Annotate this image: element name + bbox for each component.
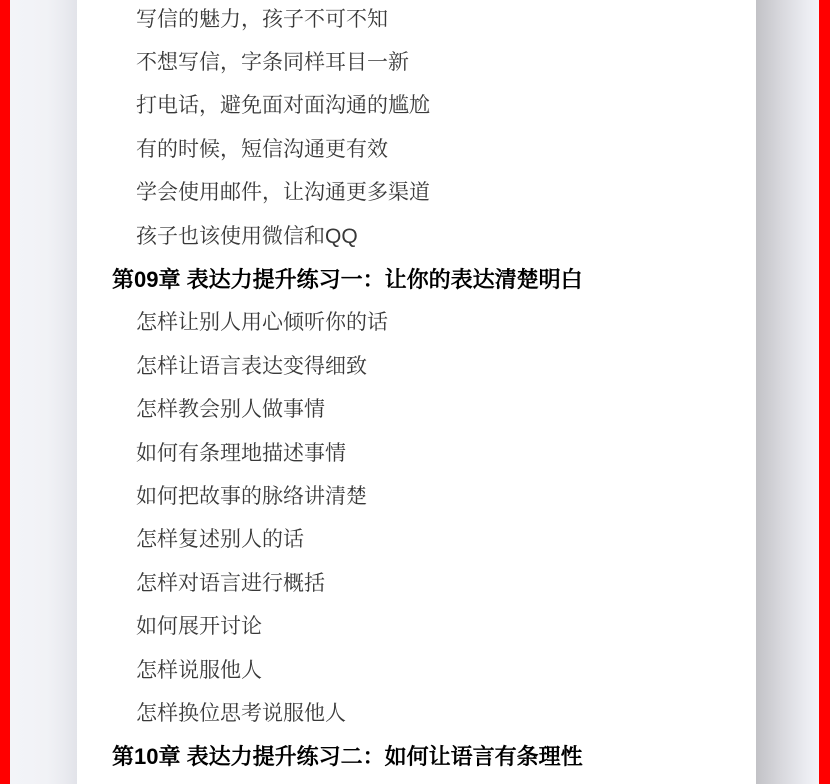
book-toc-page: 写信的魅力，孩子不可不知 不想写信，字条同样耳目一新 打电话，避免面对面沟通的尴… xyxy=(0,0,830,784)
right-page-shadow xyxy=(756,0,819,784)
toc-item: 如何展开讨论 xyxy=(0,603,756,646)
toc-item: 怎样让别人用心倾听你的话 xyxy=(0,300,756,343)
toc-item: 打电话，避免面对面沟通的尴尬 xyxy=(0,83,756,126)
toc-chapter-heading: 第09章 表达力提升练习一：让你的表达清楚明白 xyxy=(0,256,756,299)
toc-item: 怎样教会别人做事情 xyxy=(0,387,756,430)
right-red-border xyxy=(819,0,830,784)
toc-item: 有的时候，短信沟通更有效 xyxy=(0,126,756,169)
toc-item: 学会使用邮件，让沟通更多渠道 xyxy=(0,170,756,213)
toc-item: 怎样换位思考说服他人 xyxy=(0,690,756,733)
toc-item: 怎样复述别人的话 xyxy=(0,517,756,560)
toc-item: 写信的魅力，孩子不可不知 xyxy=(0,0,756,39)
toc-chapter-heading: 第10章 表达力提升练习二：如何让语言有条理性 xyxy=(0,734,756,777)
toc-item: 如何有条理地描述事情 xyxy=(0,430,756,473)
toc-item: 怎样说服他人 xyxy=(0,647,756,690)
table-of-contents: 写信的魅力，孩子不可不知 不想写信，字条同样耳目一新 打电话，避免面对面沟通的尴… xyxy=(0,0,756,777)
toc-item: 怎样让语言表达变得细致 xyxy=(0,343,756,386)
toc-item: 如何把故事的脉络讲清楚 xyxy=(0,473,756,516)
toc-item: 不想写信，字条同样耳目一新 xyxy=(0,39,756,82)
toc-item: 孩子也该使用微信和QQ xyxy=(0,213,756,256)
toc-item: 怎样对语言进行概括 xyxy=(0,560,756,603)
